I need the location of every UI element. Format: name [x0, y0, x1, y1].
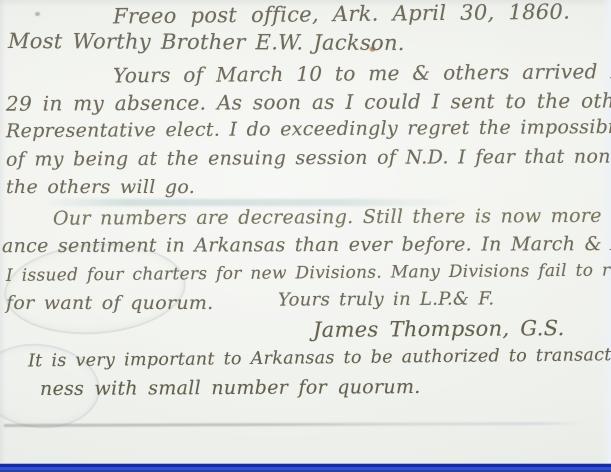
- body-line-8: I issued four charters for new Divisions…: [6, 260, 611, 286]
- scan-edge-bar: [0, 463, 611, 472]
- postscript-line-1: It is very important to Arkansas to be a…: [28, 345, 611, 372]
- body-line-1: Yours of March 10 to me & others arrived…: [113, 59, 611, 88]
- pencil-smudge-line: [4, 422, 584, 427]
- postscript-line-2: ness with small number for quorum.: [40, 376, 421, 400]
- dateline: Freeo post office, Ark. April 30, 1860.: [113, 0, 570, 28]
- closing: Yours truly in L.P.& F.: [278, 288, 494, 310]
- body-line-7: ance sentiment in Arkansas than ever bef…: [2, 233, 611, 257]
- body-line-4: of my being at the ensuing session of N.…: [6, 145, 611, 170]
- salutation: Most Worthy Brother E.W. Jackson.: [8, 29, 405, 55]
- body-line-3: Representative elect. I do exceedingly r…: [6, 116, 611, 142]
- body-line-6: Our numbers are decreasing. Still there …: [53, 204, 611, 229]
- letter-scan: Freeo post office, Ark. April 30, 1860. …: [0, 0, 611, 472]
- body-line-5: the others will go.: [6, 176, 195, 198]
- body-line-9: for want of quorum.: [6, 292, 214, 314]
- signature: James Thompson, G.S.: [313, 316, 565, 342]
- ink-speck: [35, 12, 40, 16]
- body-line-2: 29 in my absence. As soon as I could I s…: [6, 88, 611, 115]
